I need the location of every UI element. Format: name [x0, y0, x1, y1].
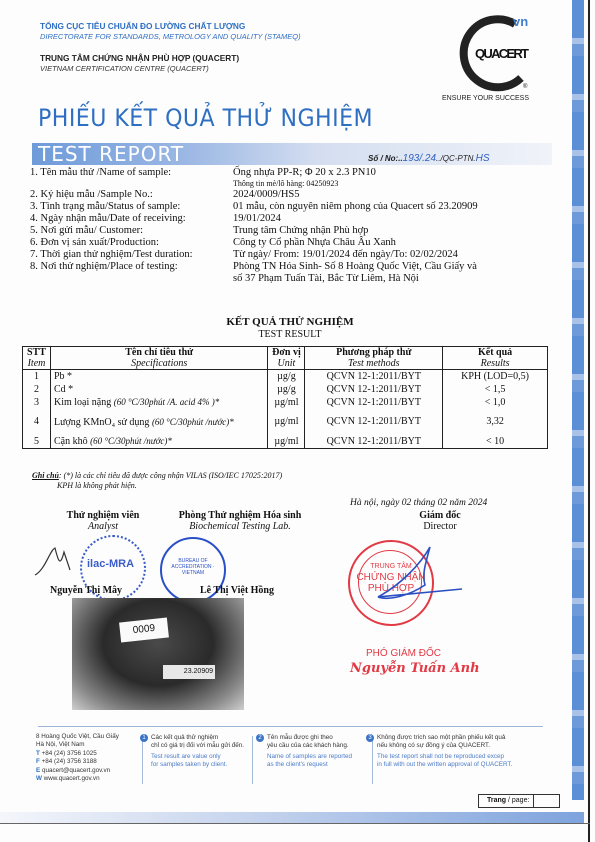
slogan: ENSURE YOUR SUCCESS: [442, 95, 529, 102]
info-value: Ống nhựa PP-R; Φ 20 x 2.3 PN10: [233, 167, 570, 179]
analyst-signature-block: Thử nghiệm viênAnalyst: [48, 510, 158, 532]
number-badge-icon: 2: [256, 734, 264, 742]
number-badge-icon: 3: [366, 734, 374, 742]
cell-method: QCVN 12-1:2011/BYT: [305, 383, 443, 396]
info-value: số 37 Phạm Tuấn Tài, Bắc Từ Liêm, Hà Nội: [233, 273, 570, 285]
director-signature-block: Giám đốcDirector: [380, 510, 500, 532]
info-label: 5. Nơi gửi mẫu/ Customer:: [30, 225, 233, 237]
cell-method: QCVN 12-1:2011/BYT: [305, 409, 443, 435]
page-label: Trang / page:: [487, 795, 529, 807]
page-number-box: Trang / page:: [478, 794, 560, 808]
info-label: 2. Ký hiệu mẫu /Sample No.:: [30, 189, 233, 201]
sample-photo: [72, 598, 244, 710]
svg-text:QUACERT: QUACERT: [475, 46, 529, 61]
results-title-vn: KẾT QUẢ THỬ NGHIỆM: [0, 316, 580, 328]
director-signature-icon: [370, 545, 470, 605]
info-row: 8. Nơi thử nghiệm/Place of testing:Phòng…: [30, 261, 570, 273]
table-row: 4Lượng KMnO₄ sử dụng (60 °C/30phút /nước…: [23, 409, 548, 435]
cell-spec: Lượng KMnO₄ sử dụng (60 °C/30phút /nước)…: [50, 409, 267, 435]
cell-item: 5: [23, 435, 51, 449]
bureau-accreditation-text: BUREAU OF ACCREDITATION · VIETNAM: [162, 558, 224, 576]
info-row: 7. Thời gian thử nghiệm/Test duration:Từ…: [30, 249, 570, 261]
cell-result: 3,32: [443, 409, 548, 435]
cell-item: 4: [23, 409, 51, 435]
note-line: KPH là không phát hiện.: [32, 481, 137, 490]
org-name-vn: TỔNG CỤC TIÊU CHUẨN ĐO LƯỜNG CHẤT LƯỢNG: [40, 21, 245, 31]
page-number-value: [533, 795, 560, 807]
page-title-vn: PHIẾU KẾT QUẢ THỬ NGHIỆM: [38, 104, 373, 132]
number-badge-icon: 1: [140, 734, 148, 742]
vice-director-name: Nguyễn Tuấn Anh: [350, 661, 480, 676]
info-label: 1. Tên mẫu thử /Name of sample:: [30, 167, 233, 179]
right-decorative-border: [572, 0, 584, 800]
table-header-row: STTItem Tên chỉ tiêu thửSpecifications Đ…: [23, 347, 548, 370]
footer-note-2: 2Tên mẫu được ghi theo yêu cầu của các k…: [256, 734, 352, 770]
centre-name-vn: TRUNG TÂM CHỨNG NHẬN PHÙ HỢP (QUACERT): [40, 53, 239, 63]
info-row: 3. Tình trạng mẫu/Status of sample:01 mẫ…: [30, 201, 570, 213]
col-header-spec: Tên chỉ tiêu thửSpecifications: [50, 347, 267, 370]
cell-method: QCVN 12-1:2011/BYT: [305, 396, 443, 409]
note-label: Ghi chú: [32, 471, 59, 480]
cell-method: QCVN 12-1:2011/BYT: [305, 370, 443, 384]
report-number-mid: ../QC-PTN.: [436, 154, 476, 163]
email: E quacert@quacert.gov.vn: [36, 767, 119, 775]
cell-spec: Kim loại nặng (60 °C/30phút /A. acid 4% …: [50, 396, 267, 409]
col-header-item: STTItem: [23, 347, 51, 370]
cell-unit: µg/g: [268, 383, 305, 396]
cell-method: QCVN 12-1:2011/BYT: [305, 435, 443, 449]
col-header-method: Phương pháp thửTest methods: [305, 347, 443, 370]
info-label: 8. Nơi thử nghiệm/Place of testing:: [30, 261, 233, 273]
info-subvalue: Thông tin mẻ/lô hàng: 04250923: [233, 179, 570, 189]
analyst-name: Nguyễn Thị Mây: [50, 585, 122, 596]
sign-date: Hà nội, ngày 02 tháng 02 năm 2024: [350, 498, 487, 508]
centre-name-en: VIETNAM CERTIFICATION CENTRE (QUACERT): [40, 64, 209, 73]
scan-edge-line: [588, 0, 590, 842]
cell-item: 3: [23, 396, 51, 409]
table-row: 1Pb *µg/gQCVN 12-1:2011/BYTKPH (LOD=0,5): [23, 370, 548, 384]
info-row: số 37 Phạm Tuấn Tài, Bắc Từ Liêm, Hà Nội: [30, 273, 570, 285]
info-row: Thông tin mẻ/lô hàng: 04250923: [30, 179, 570, 189]
note-line: : (*) là các chỉ tiêu đã được công nhận …: [59, 471, 282, 480]
bottom-decorative-border: [0, 812, 584, 823]
footer-divider: [38, 726, 543, 727]
cell-item: 1: [23, 370, 51, 384]
info-value: Trung tâm Chứng nhận Phù hợp: [233, 225, 570, 237]
page-title-en: TEST REPORT: [38, 142, 184, 166]
info-row: 5. Nơi gửi mẫu/ Customer:Trung tâm Chứng…: [30, 225, 570, 237]
info-row: 4. Ngày nhận mẫu/Date of receiving:19/01…: [30, 213, 570, 225]
info-value: 2024/0009/HS5: [233, 189, 570, 201]
col-header-result: Kết quảResults: [443, 347, 548, 370]
col-header-unit: Đơn vịUnit: [268, 347, 305, 370]
phone: T +84 (24) 3756 1025: [36, 750, 119, 758]
info-label: 6. Đơn vị sản xuất/Production:: [30, 237, 233, 249]
svg-text:vn: vn: [513, 14, 528, 29]
org-name-en: DIRECTORATE FOR STANDARDS, METROLOGY AND…: [40, 32, 301, 41]
cell-spec: Pb *: [50, 370, 267, 384]
info-label: 7. Thời gian thử nghiệm/Test duration:: [30, 249, 233, 261]
cell-spec: Cd *: [50, 383, 267, 396]
report-number: Số / No:..193/.24../QC-PTN.HS: [368, 153, 490, 164]
info-row: 2. Ký hiệu mẫu /Sample No.:2024/0009/HS5: [30, 189, 570, 201]
report-number-label: Số / No:..: [368, 154, 403, 163]
lab-head-name: Lê Thị Việt Hồng: [200, 585, 274, 596]
lab-signature-block: Phòng Thử nghiệm Hóa sinhBiochemical Tes…: [170, 510, 310, 532]
info-value: 19/01/2024: [233, 213, 570, 225]
fax: F +84 (24) 3756 3188: [36, 758, 119, 766]
bottom-edge-line: [0, 823, 590, 824]
report-number-suffix: HS: [476, 153, 490, 164]
cell-result: KPH (LOD=0,5): [443, 370, 548, 384]
cell-spec: Cặn khô (60 °C/30phút /nước)*: [50, 435, 267, 449]
table-row: 5Cặn khô (60 °C/30phút /nước)*µg/mlQCVN …: [23, 435, 548, 449]
results-table: STTItem Tên chỉ tiêu thửSpecifications Đ…: [22, 346, 548, 449]
cell-result: < 10: [443, 435, 548, 449]
website: W www.quacert.gov.vn: [36, 775, 119, 783]
footer-contact: 8 Hoàng Quốc Việt, Cầu Giấy Hà Nội, Việt…: [36, 733, 119, 783]
sample-seal-number: 23.20909: [163, 665, 215, 679]
sample-info: 1. Tên mẫu thử /Name of sample:Ống nhựa …: [30, 167, 570, 285]
table-row: 3Kim loại nặng (60 °C/30phút /A. acid 4%…: [23, 396, 548, 409]
quacert-logo-icon: vn QUACERT ®: [455, 12, 545, 92]
svg-text:®: ®: [523, 83, 528, 90]
ilac-mra-text: ilac-MRA: [87, 558, 134, 570]
cell-item: 2: [23, 383, 51, 396]
cell-result: < 1,5: [443, 383, 548, 396]
cell-unit: µg/ml: [268, 409, 305, 435]
info-label: 3. Tình trạng mẫu/Status of sample:: [30, 201, 233, 213]
cell-unit: µg/ml: [268, 435, 305, 449]
info-value: Từ ngày/ From: 19/01/2024 đến ngày/To: 0…: [233, 249, 570, 261]
cell-result: < 1,0: [443, 396, 548, 409]
analyst-signature-icon: [30, 540, 90, 580]
footer-separator: [252, 736, 253, 784]
address-line: 8 Hoàng Quốc Việt, Cầu Giấy: [36, 733, 119, 741]
table-row: 2Cd *µg/gQCVN 12-1:2011/BYT< 1,5: [23, 383, 548, 396]
report-number-value: 193/.24: [403, 153, 436, 164]
footer-note-1: 1Các kết quả thử nghiệm chỉ có giá trị đ…: [140, 734, 244, 770]
cell-unit: µg/ml: [268, 396, 305, 409]
info-label: 4. Ngày nhận mẫu/Date of receiving:: [30, 213, 233, 225]
results-title-en: TEST RESULT: [0, 329, 580, 340]
info-row: 1. Tên mẫu thử /Name of sample:Ống nhựa …: [30, 167, 570, 179]
footer-note-3: 3Không được trích sao một phần phiếu kết…: [366, 734, 512, 770]
cell-unit: µg/g: [268, 370, 305, 384]
vice-director-title: PHÓ GIÁM ĐỐC: [366, 648, 441, 659]
info-value: Phòng TN Hóa Sinh- Số 8 Hoàng Quốc Việt,…: [233, 261, 570, 273]
info-value: Công ty Cổ phần Nhựa Châu Âu Xanh: [233, 237, 570, 249]
info-value: 01 mẫu, còn nguyên niêm phong của Quacer…: [233, 201, 570, 213]
address-line: Hà Nội, Việt Nam: [36, 741, 119, 749]
table-note: Ghi chú: (*) là các chỉ tiêu đã được côn…: [32, 471, 282, 491]
info-row: 6. Đơn vị sản xuất/Production:Công ty Cổ…: [30, 237, 570, 249]
